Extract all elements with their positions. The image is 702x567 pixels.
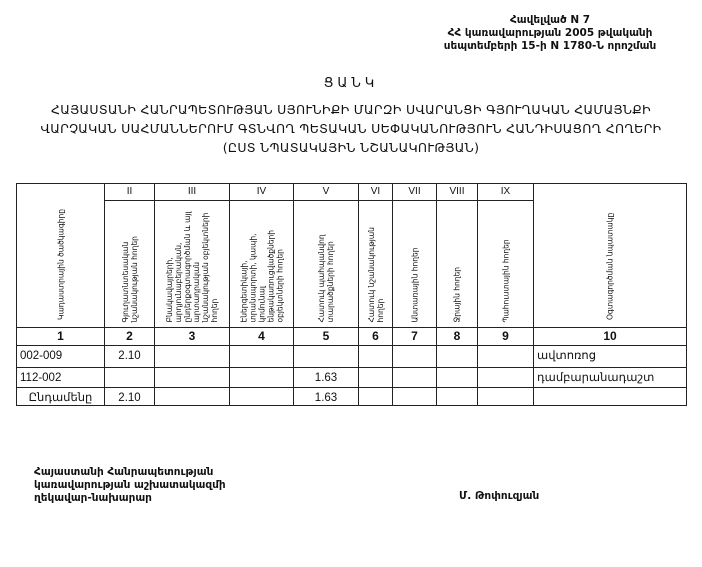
area-cell (104, 367, 154, 387)
document-subtitle-line-3: (ԸՍՏ ՆՊԱՏԱԿԱՅԻՆ ՆՇԱՆԱԿՈՒԹՅԱՆ) (0, 140, 702, 155)
column-header-label: Բնակավայրերի, արդյունաբերական, ընդերքօգտ… (165, 206, 219, 323)
column-header: Գյուղատնտեսական նշանակության հողեր (104, 200, 154, 327)
signatory-title-line-2: կառավարության աշխատակազմի (34, 479, 226, 492)
signatory-title-line-3: ղեկավար-նախարար (34, 492, 226, 505)
column-header-label: Ջրային հողեր (453, 206, 462, 323)
annex-decree-date: սեպտեմբերի 15-ի N 1780-Ն որոշման (420, 40, 680, 53)
total-cell (154, 387, 229, 405)
total-label-cell: Ընդամենը (16, 387, 104, 405)
cadastral-code-cell: 112-002 (16, 367, 104, 387)
cadastral-code-cell: 002-009 (16, 345, 104, 367)
total-cell (358, 387, 392, 405)
area-cell (358, 367, 392, 387)
column-header: Օգտագործման նպատակը (533, 183, 686, 327)
column-header: Պահուստային հողեր (477, 200, 533, 327)
column-number: 3 (154, 327, 229, 345)
table-border-right (686, 183, 687, 405)
area-cell (436, 345, 477, 367)
area-cell (436, 367, 477, 387)
column-roman-numeral: VIII (436, 183, 477, 200)
total-cell (392, 387, 436, 405)
signatory-title: Հայաստանի Հանրապետության կառավարության ա… (34, 466, 226, 505)
column-number: 5 (293, 327, 358, 345)
column-header-label: Պահուստային հողեր (501, 206, 510, 323)
document-subtitle-line-2: ՎԱՐՉԱԿԱՆ ՍԱՀՄԱՆՆԵՐՈՒՄ ԳՏՆՎՈՂ ՊԵՏԱԿԱՆ ՍԵՓ… (0, 121, 702, 136)
total-cell (436, 387, 477, 405)
annex-decree-line: ՀՀ կառավարության 2005 թվականի (420, 27, 680, 40)
column-roman-numeral: VII (392, 183, 436, 200)
column-header-label: Օգտագործման նպատակը (606, 192, 615, 320)
total-cell: 2.10 (104, 387, 154, 405)
total-cell (533, 387, 686, 405)
column-number: 10 (533, 327, 686, 345)
area-cell (358, 345, 392, 367)
column-header: Հատուկ նշանակության հողեր (358, 200, 392, 327)
column-roman-numeral: IV (229, 183, 293, 200)
document-subtitle-line-1: ՀԱՅԱՍՏԱՆԻ ՀԱՆՐԱՊԵՏՈՒԹՅԱՆ ՍՅՈՒՆԻՔԻ ՄԱՐԶԻ … (0, 102, 702, 117)
column-header: Էներգետիկայի, տրանսպորտի, կապի, կոմունալ… (229, 200, 293, 327)
column-roman-numeral: VI (358, 183, 392, 200)
column-number: 9 (477, 327, 533, 345)
purpose-cell: ավտոռոց (533, 345, 686, 367)
area-cell (154, 367, 229, 387)
column-number: 2 (104, 327, 154, 345)
column-header: Բնակավայրերի, արդյունաբերական, ընդերքօգտ… (154, 200, 229, 327)
column-header: Անտառային հողեր (392, 200, 436, 327)
column-header: Ջրային հողեր (436, 200, 477, 327)
area-cell (392, 367, 436, 387)
column-number: 6 (358, 327, 392, 345)
area-cell (477, 345, 533, 367)
column-header-label: Հատուկ նշանակության հողեր (367, 206, 385, 323)
area-cell (229, 345, 293, 367)
column-header: Հատուկ պահպանվող տարածքների հողեր (293, 200, 358, 327)
area-cell (392, 345, 436, 367)
column-roman-numeral: V (293, 183, 358, 200)
column-roman-numeral: II (104, 183, 154, 200)
signatory-name: Մ. Թոփուզյան (459, 490, 539, 502)
column-roman-numeral: IX (477, 183, 533, 200)
column-header-label: Էներգետիկայի, տրանսպորտի, կապի, կոմունալ… (239, 206, 284, 323)
total-cell (477, 387, 533, 405)
area-cell (477, 367, 533, 387)
column-header-label: Անտառային հողեր (410, 206, 419, 323)
column-header-label: Կադաստրային ծածկագիրը (56, 192, 65, 320)
signatory-title-line-1: Հայաստանի Հանրապետության (34, 466, 226, 479)
area-cell: 1.63 (293, 367, 358, 387)
table-border-bottom (16, 405, 687, 406)
column-header-label: Հատուկ պահպանվող տարածքների հողեր (317, 206, 335, 323)
area-cell (293, 345, 358, 367)
purpose-cell: դամբարանադաշտ (533, 367, 686, 387)
total-cell (229, 387, 293, 405)
column-number: 7 (392, 327, 436, 345)
document-title: ՑԱՆԿ (0, 76, 702, 91)
column-number: 8 (436, 327, 477, 345)
column-header: Կադաստրային ծածկագիրը (16, 183, 104, 327)
column-header-label: Գյուղատնտեսական նշանակության հողեր (121, 206, 139, 323)
column-number: 1 (16, 327, 104, 345)
area-cell: 2.10 (104, 345, 154, 367)
column-roman-numeral: III (154, 183, 229, 200)
annex-reference: Հավելված N 7 ՀՀ կառավարության 2005 թվակա… (420, 14, 680, 53)
area-cell (229, 367, 293, 387)
annex-number: Հավելված N 7 (420, 14, 680, 27)
column-number: 4 (229, 327, 293, 345)
total-cell: 1.63 (293, 387, 358, 405)
area-cell (154, 345, 229, 367)
